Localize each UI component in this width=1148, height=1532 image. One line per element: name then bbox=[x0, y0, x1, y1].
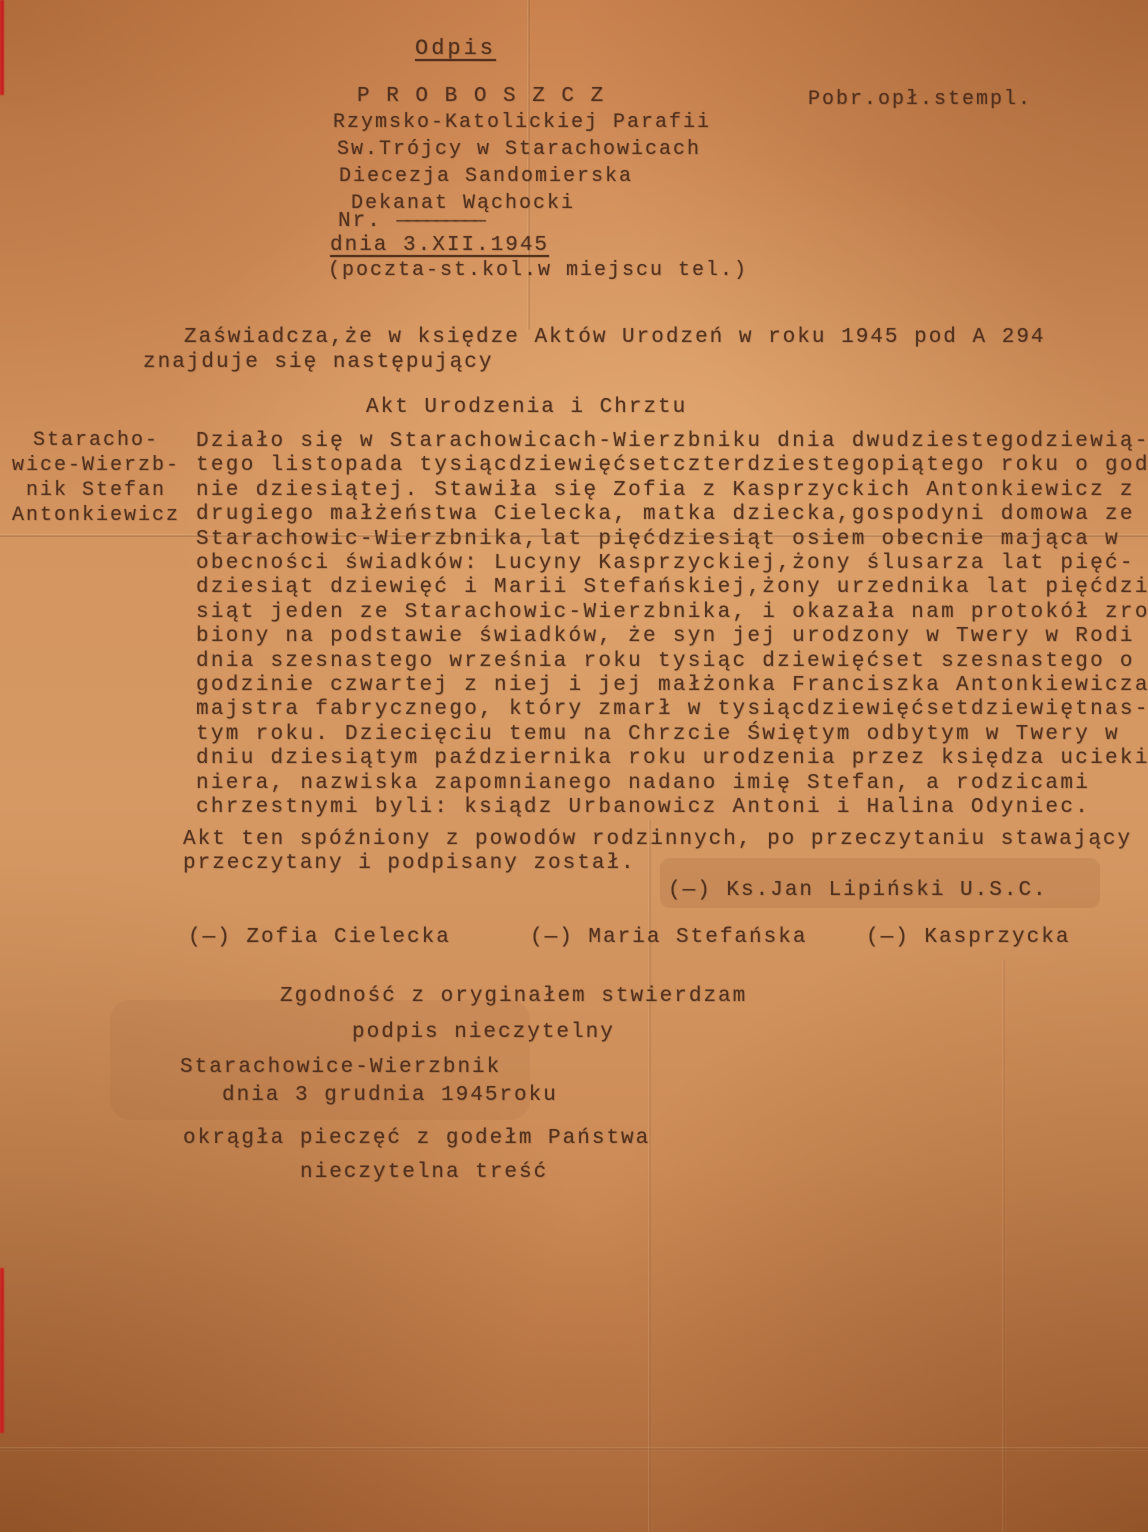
act-body-line: majstra fabrycznego, który zmarł w tysią… bbox=[196, 698, 1148, 722]
document-date-line: dnia 3.XII.1945 bbox=[330, 234, 549, 257]
vertical-fold-line-right bbox=[1002, 960, 1006, 1532]
document-number-row: Nr. ————————— bbox=[338, 210, 483, 233]
seal-description: okrągła pieczęć z godełm Państwa bbox=[183, 1127, 650, 1150]
act-body-line: biony na podstawie świadków, że syn jej … bbox=[196, 625, 1148, 649]
act-body-line: Starachowic-Wierzbnika,lat pięćdziesiąt … bbox=[196, 528, 1148, 552]
closing-line-2: przeczytany i podpisany został. bbox=[183, 852, 636, 875]
office-line-church: Sw.Trójcy w Starachowicach bbox=[333, 136, 711, 163]
witness-signature-1: (—) Zofia Cielecka bbox=[188, 926, 451, 949]
copy-label: Odpis bbox=[415, 36, 496, 61]
document-number-value: ————————— bbox=[396, 210, 482, 233]
contact-line: (poczta-st.kol.w miejscu tel.) bbox=[328, 259, 748, 282]
act-body-line: dziesiąt dziewięć i Marii Stefańskiej,żo… bbox=[196, 576, 1148, 600]
margin-note-line-3: nik Stefan bbox=[6, 478, 186, 503]
act-body-line: siąt jeden ze Starachowic-Wierzbnika, i … bbox=[196, 601, 1148, 625]
document-page: Odpis P R O B O S Z C Z Rzymsko-Katolick… bbox=[0, 0, 1148, 1532]
act-body-line: Działo się w Starachowicach-Wierzbniku d… bbox=[196, 430, 1148, 454]
office-title: P R O B O S Z C Z bbox=[357, 85, 605, 108]
margin-note-line-4: Antonkiewicz bbox=[6, 503, 186, 528]
certification-place: Starachowice-Wierzbnik bbox=[180, 1056, 501, 1079]
closing-line-1: Akt ten spóźniony z powodów rodzinnych, … bbox=[183, 828, 1132, 851]
conformity-statement: Zgodność z oryginałem stwierdzam bbox=[280, 985, 747, 1008]
red-edge-strip-top bbox=[0, 0, 4, 95]
office-address-block: Rzymsko-Katolickiej Parafii Sw.Trójcy w … bbox=[333, 109, 711, 217]
act-body: Działo się w Starachowicach-Wierzbniku d… bbox=[196, 430, 1148, 821]
margin-note: Staracho- wice-Wierzb- nik Stefan Antonk… bbox=[6, 428, 186, 528]
act-body-line: godzinie czwartej z niej i jej małżonka … bbox=[196, 674, 1148, 698]
witness-signature-3: (—) Kasprzycka bbox=[866, 926, 1070, 949]
margin-note-line-2: wice-Wierzb- bbox=[6, 453, 186, 478]
certify-intro-line-1: Zaświadcza,że w księdze Aktów Urodzeń w … bbox=[184, 326, 1046, 349]
office-line-diocese: Diecezja Sandomierska bbox=[333, 163, 711, 190]
certification-date: dnia 3 grudnia 1945roku bbox=[222, 1084, 558, 1107]
act-body-line: niera, nazwiska zapomnianego nadano imię… bbox=[196, 772, 1148, 796]
act-title: Akt Urodzenia i Chrztu bbox=[366, 396, 687, 419]
act-body-line: nie dziesiątej. Stawiła się Zofia z Kasp… bbox=[196, 479, 1148, 503]
act-body-line: dniu dziesiątym października roku urodze… bbox=[196, 747, 1148, 771]
witness-signature-2: (—) Maria Stefańska bbox=[530, 926, 807, 949]
act-body-line: tym roku. Dziecięciu temu na Chrzcie Świ… bbox=[196, 723, 1148, 747]
stamp-fee-note: Pobr.opł.stempl. bbox=[808, 88, 1032, 111]
act-body-line: obecności świadków: Lucyny Kasprzyckiej,… bbox=[196, 552, 1148, 576]
seal-content-note: nieczytelna treść bbox=[300, 1161, 548, 1184]
act-body-line: chrzestnymi byli: ksiądz Urbanowicz Anto… bbox=[196, 796, 1148, 820]
office-line-parish: Rzymsko-Katolickiej Parafii bbox=[333, 109, 711, 136]
red-edge-strip-bottom bbox=[0, 1268, 4, 1433]
horizontal-fold-line-lower bbox=[0, 1447, 1148, 1451]
official-signature: (—) Ks.Jan Lipiński U.S.C. bbox=[668, 879, 1048, 902]
illegible-signature-note: podpis nieczytelny bbox=[352, 1021, 615, 1044]
margin-note-line-1: Staracho- bbox=[6, 428, 186, 453]
act-body-line: drugiego małżeństwa Cielecka, matka dzie… bbox=[196, 503, 1148, 527]
certify-intro-line-2: znajduje się następujący bbox=[143, 351, 493, 374]
document-number-label: Nr. bbox=[338, 210, 382, 233]
act-body-line: dnia szesnastego września roku tysiąc dz… bbox=[196, 650, 1148, 674]
act-body-line: tego listopada tysiącdziewięćsetczterdzi… bbox=[196, 454, 1148, 478]
